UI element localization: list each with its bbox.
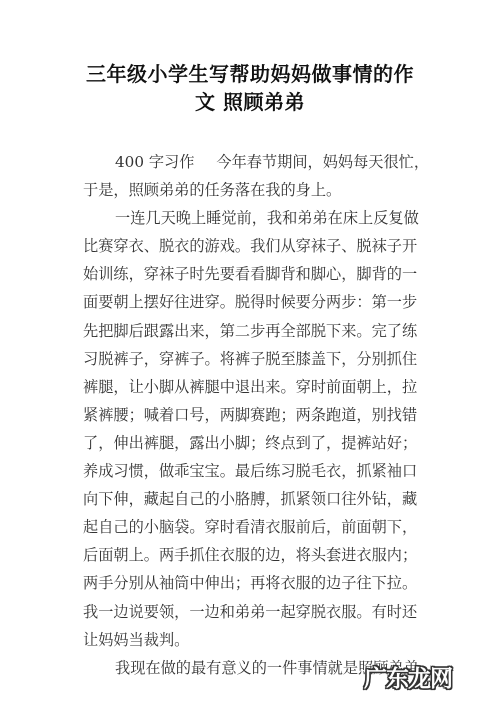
intro-label: 400 字习作 bbox=[115, 153, 194, 171]
watermark-logo: 广东龙网 bbox=[364, 660, 452, 693]
essay-line: 两手分别从袖筒中伸出；再将衣服的边子往下拉。 bbox=[83, 569, 428, 597]
essay-line: 起自己的小脑袋。穿时看清衣服前后，前面朝下， bbox=[83, 513, 428, 541]
essay-line: 养成习惯，做乖宝宝。最后练习脱毛衣，抓紧袖口 bbox=[83, 457, 428, 485]
essay-line: 比赛穿衣、脱衣的游戏。我们从穿袜子、脱袜子开 bbox=[83, 232, 428, 260]
essay-line: 习脱裤子，穿裤子。将裤子脱至膝盖下，分别抓住 bbox=[83, 345, 428, 373]
essay-body: 400 字习作今年春节期间，妈妈每天很忙， 于是，照顾弟弟的任务落在我的身上。 … bbox=[83, 148, 428, 682]
essay-line: 向下伸，藏起自己的小胳膊，抓紧领口往外钻，藏 bbox=[83, 485, 428, 513]
document-title: 三年级小学生写帮助妈妈做事情的作 文 照顾弟弟 bbox=[60, 60, 440, 116]
title-line-1: 三年级小学生写帮助妈妈做事情的作 bbox=[60, 60, 440, 88]
essay-line: 了，伸出裤腿，露出小脚；终点到了，提裤站好； bbox=[83, 429, 428, 457]
essay-line: 一连几天晚上睡觉前，我和弟弟在床上反复做 bbox=[83, 204, 428, 232]
essay-line: 面要朝上摆好往进穿。脱得时候要分两步：第一步 bbox=[83, 288, 428, 316]
document-page: 三年级小学生写帮助妈妈做事情的作 文 照顾弟弟 400 字习作今年春节期间，妈妈… bbox=[0, 0, 500, 707]
title-line-2: 文 照顾弟弟 bbox=[60, 88, 440, 116]
essay-line: 于是，照顾弟弟的任务落在我的身上。 bbox=[83, 176, 428, 204]
essay-line: 后面朝上。两手抓住衣服的边，将头套进衣服内； bbox=[83, 541, 428, 569]
essay-line: 始训练，穿袜子时先要看看脚背和脚心，脚背的一 bbox=[83, 260, 428, 288]
essay-line: 我一边说要领，一边和弟弟一起穿脱衣服。有时还 bbox=[83, 598, 428, 626]
essay-line: 裤腿，让小脚从裤腿中退出来。穿时前面朝上，拉 bbox=[83, 373, 428, 401]
essay-line: 先把脚后跟露出来，第二步再全部脱下来。完了练 bbox=[83, 317, 428, 345]
essay-line: 400 字习作今年春节期间，妈妈每天很忙， bbox=[83, 148, 428, 176]
essay-line: 紧裤腰；喊着口号，两脚赛跑；两条跑道，别找错 bbox=[83, 401, 428, 429]
essay-line-text: 今年春节期间，妈妈每天很忙， bbox=[216, 153, 429, 171]
essay-line: 让妈妈当裁判。 bbox=[83, 626, 428, 654]
